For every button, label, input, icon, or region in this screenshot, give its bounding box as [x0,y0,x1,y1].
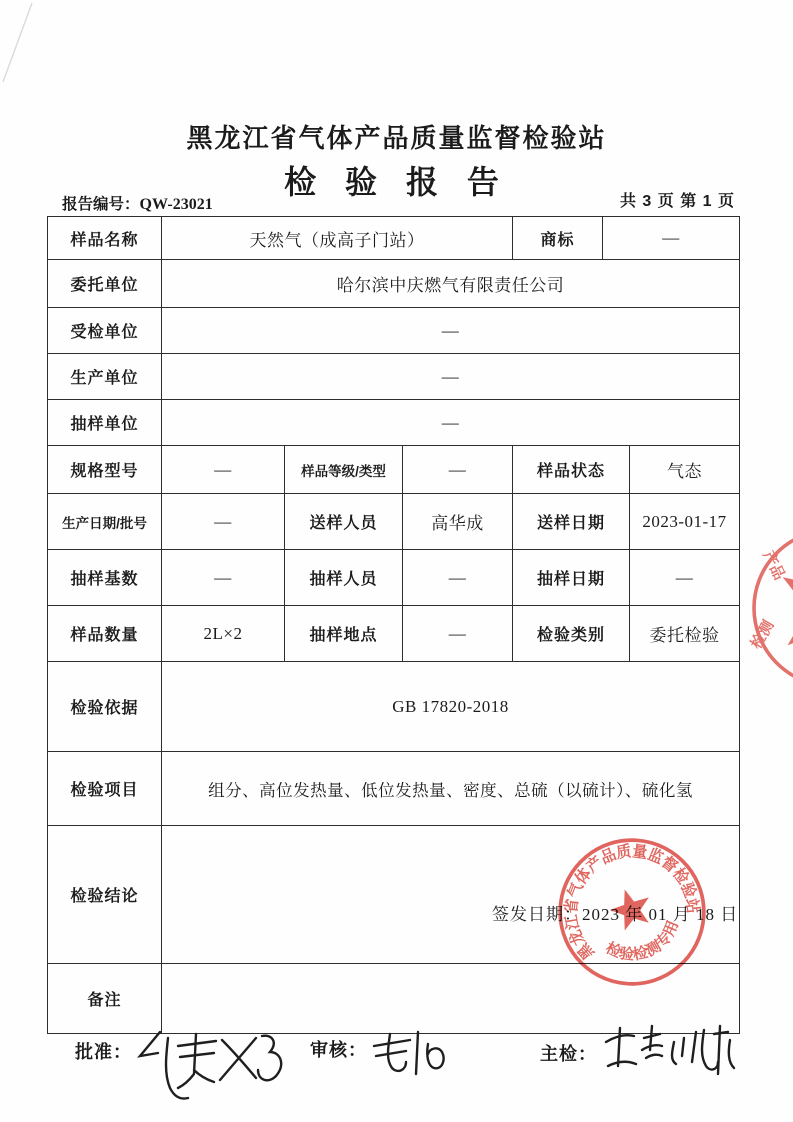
cell-value: — [402,606,512,661]
row-spec-model: 规格型号 — 样品等级/类型 — 样品状态 气态 [48,445,739,493]
cell-value: — [602,217,739,259]
cell-value: — [161,308,739,353]
row-sample-quantity: 样品数量 2L×2 抽样地点 — 检验类别 委托检验 [48,605,739,661]
cell-value: — [161,446,284,493]
cell-value: GB 17820-2018 [161,662,739,751]
cell-value: 2L×2 [161,606,284,661]
row-inspection-items: 检验项目 组分、高位发热量、低位发热量、密度、总硫（以硫计）、硫化氢 [48,751,739,825]
review-label: 审核： [310,1036,367,1062]
cell-label: 抽样地点 [284,606,402,661]
cell-value: — [402,550,512,605]
report-number: 报告编号：QW-23021 [62,192,213,214]
cell-value: 签发日期：2023 年 01 月 18 日 [161,826,739,963]
cell-value: — [161,354,739,399]
cell-label: 检验类别 [512,606,629,661]
cell-value: 天然气（成高子门站） [161,217,512,259]
cell-label: 送样日期 [512,494,629,549]
cell-label: 样品等级/类型 [284,446,402,493]
cell-label: 样品数量 [48,606,161,661]
cell-label: 生产日期/批号 [48,494,161,549]
approve-label: 批准： [75,1038,132,1064]
cell-value: 2023-01-17 [629,494,739,549]
cell-value: 哈尔滨中庆燃气有限责任公司 [161,260,739,307]
cell-label: 商标 [512,217,602,259]
cell-value: — [161,494,284,549]
cell-label: 检验依据 [48,662,161,751]
cell-label: 检验结论 [48,826,161,963]
row-sampling-unit: 抽样单位 — [48,399,739,445]
issue-date: 签发日期：2023 年 01 月 18 日 [492,900,738,925]
station-name-title: 黑龙江省气体产品质量监督检验站 [0,118,793,155]
cell-value: — [161,550,284,605]
cell-value: 委托检验 [629,606,739,661]
row-production-date: 生产日期/批号 — 送样人员 高华成 送样日期 2023-01-17 [48,493,739,549]
cell-label: 生产单位 [48,354,161,399]
row-inspected-unit: 受检单位 — [48,307,739,353]
edge-seal-bottom-chars: 检测 [747,617,777,652]
cell-label: 受检单位 [48,308,161,353]
row-sampling-base: 抽样基数 — 抽样人员 — 抽样日期 — [48,549,739,605]
cell-label: 样品名称 [48,217,161,259]
cell-label: 抽样人员 [284,550,402,605]
cell-label: 委托单位 [48,260,161,307]
report-info-table: 样品名称 天然气（成高子门站） 商标 — 委托单位 哈尔滨中庆燃气有限责任公司 … [47,216,740,1034]
cell-label: 抽样基数 [48,550,161,605]
report-number-value: QW-23021 [140,196,213,213]
page-count-info: 共 3 页 第 1 页 [620,188,735,211]
cell-label: 规格型号 [48,446,161,493]
row-sample-name: 样品名称 天然气（成高子门站） 商标 — [48,217,739,259]
cell-label: 检验项目 [48,752,161,825]
row-inspection-conclusion: 检验结论 签发日期：2023 年 01 月 18 日 [48,825,739,963]
row-client-unit: 委托单位 哈尔滨中庆燃气有限责任公司 [48,259,739,307]
cell-value: 组分、高位发热量、低位发热量、密度、总硫（以硫计）、硫化氢 [161,752,739,825]
scanned-inspection-report-page: 黑龙江省气体产品质量监督检验站 检 验 报 告 报告编号：QW-23021 共 … [0,0,793,1122]
cell-label: 备注 [48,964,161,1033]
approve-signature [130,1024,300,1106]
cell-label: 抽样日期 [512,550,629,605]
cell-label: 送样人员 [284,494,402,549]
cell-label: 抽样单位 [48,400,161,445]
edge-seal-stamp-fragment: 产品 检测 [747,502,793,700]
review-signature [366,1026,486,1088]
chief-inspector-label: 主检： [540,1040,597,1066]
scan-artifact-line [0,0,60,95]
chief-inspector-signature [596,1018,756,1096]
row-producer-unit: 生产单位 — [48,353,739,399]
row-inspection-basis: 检验依据 GB 17820-2018 [48,661,739,751]
cell-value: 高华成 [402,494,512,549]
edge-seal-circle [754,530,793,686]
cell-value: 气态 [629,446,739,493]
edge-seal-star-icon [767,538,793,666]
cell-label: 样品状态 [512,446,629,493]
edge-seal-top-chars: 产品 [759,548,788,583]
report-number-label: 报告编号： [62,196,140,213]
cell-value: — [161,400,739,445]
cell-value: — [629,550,739,605]
cell-value: — [402,446,512,493]
